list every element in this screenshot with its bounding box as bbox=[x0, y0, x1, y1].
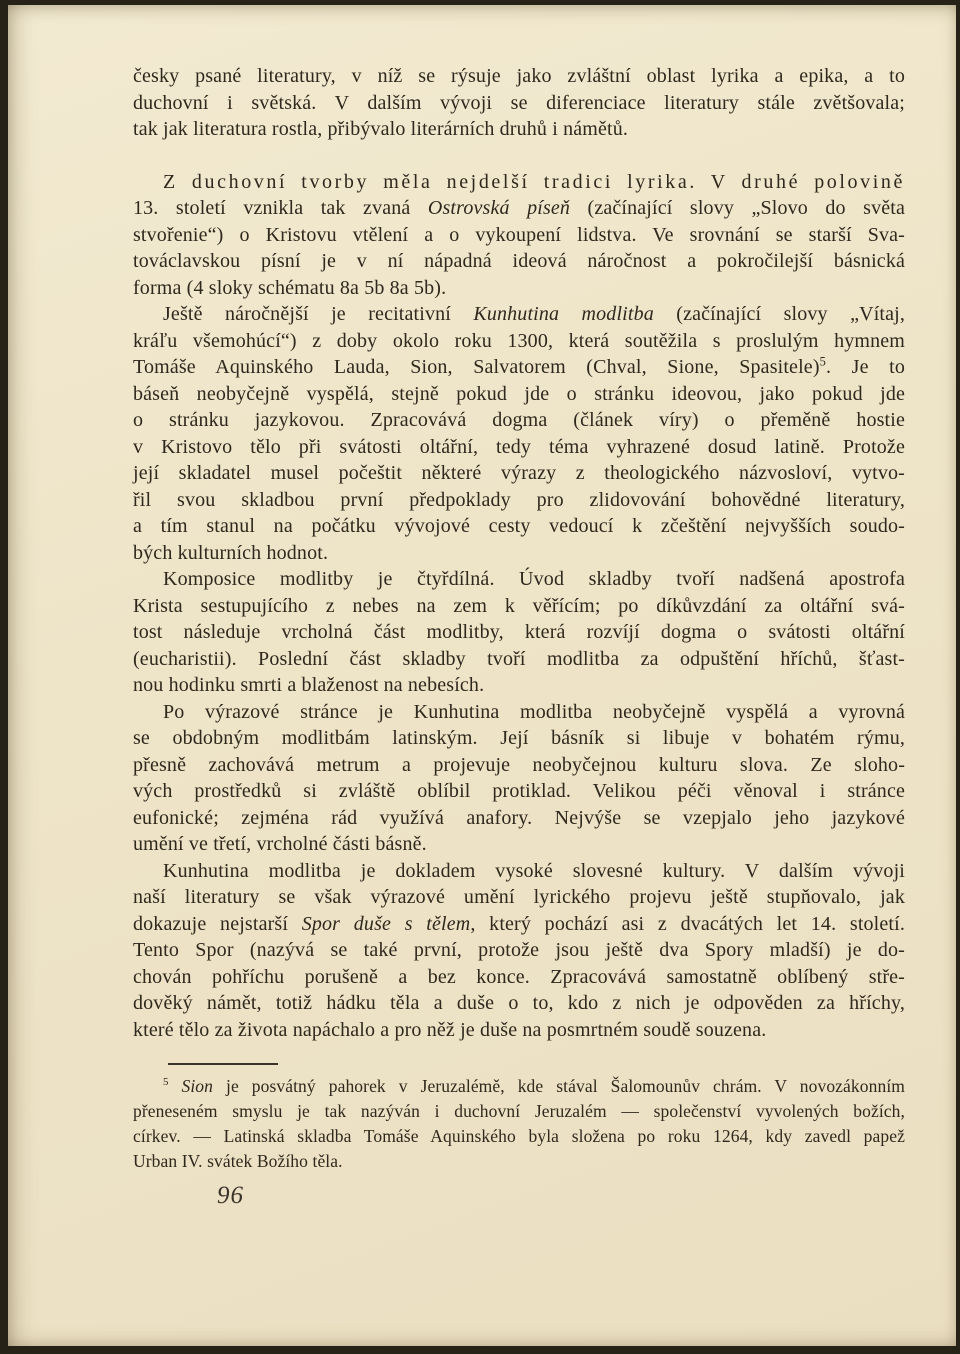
text-segment: chován pohříchu porušeně a bez konce. Zp… bbox=[133, 966, 905, 988]
text-segment: eufonické; zejména rád využívá anafory. … bbox=[133, 807, 905, 829]
text-segment: (začínající slovy „Slovo do světa bbox=[570, 197, 905, 219]
text-line: 13. století vznikla tak zvaná Ostrovská … bbox=[133, 195, 905, 222]
italic-text: Ostrovská píseň bbox=[428, 197, 570, 219]
text-segment: v Kristovo tělo při svátosti oltářní, te… bbox=[133, 436, 905, 458]
text-line: dokazuje nejstarší Spor duše s tělem, kt… bbox=[133, 911, 905, 938]
text-segment: přeneseném smyslu je tak nazýván i ducho… bbox=[133, 1101, 905, 1121]
text-segment: Tomáše Aquinského Lauda, Sion, Salvatore… bbox=[133, 356, 820, 378]
text-segment: které tělo za života napáchalo a pro něž… bbox=[133, 1019, 766, 1041]
text-line: eufonické; zejména rád využívá anafory. … bbox=[133, 805, 905, 832]
paragraph: Ještě náročnější je recitativní Kunhutin… bbox=[133, 301, 905, 566]
paragraph: Po výrazové stránce je Kunhutina modlitb… bbox=[133, 699, 905, 858]
text-segment: 13. století vznikla tak zvaná bbox=[133, 197, 428, 219]
text-line: Tomáše Aquinského Lauda, Sion, Salvatore… bbox=[133, 354, 905, 381]
italic-text: Spor duše s tělem bbox=[302, 913, 471, 935]
text-line: Komposice modlitby je čtyřdílná. Úvod sk… bbox=[133, 566, 905, 593]
text-line: báseň neobyčejně vyspělá, stejně pokud j… bbox=[133, 381, 905, 408]
text-line: duchovní i světská. V dalším vývoji se d… bbox=[133, 90, 905, 117]
text-segment: duchovní i světská. V dalším vývoji se d… bbox=[133, 92, 905, 114]
book-page: česky psané literatury, v níž se rýsuje … bbox=[0, 0, 960, 1354]
text-segment: nou hodinku smrti a blaženost na nebesíc… bbox=[133, 674, 484, 696]
footnote: 5 Sion je posvátný pahorek v Jeruzalémě,… bbox=[133, 1074, 905, 1174]
text-segment: báseň neobyčejně vyspělá, stejně pokud j… bbox=[133, 383, 905, 405]
text-line: o stránku jazykovou. Zpracovává dogma (č… bbox=[133, 407, 905, 434]
text-line: a tím stanul na počátku vývojové cesty v… bbox=[133, 513, 905, 540]
text-line: naší literatury se však výrazové umění l… bbox=[133, 884, 905, 911]
text-segment: kráľu všemohúcí“) z doby okolo roku 1300… bbox=[133, 330, 905, 352]
footnote-rule bbox=[168, 1063, 278, 1065]
text-segment: církev. — Latinská skladba Tomáše Aquins… bbox=[133, 1126, 905, 1146]
text-segment: tak jak literatura rostla, přibývalo lit… bbox=[133, 118, 628, 140]
text-segment: vých prostředků si zvláště oblíbil proti… bbox=[133, 780, 905, 802]
text-column: česky psané literatury, v níž se rýsuje … bbox=[133, 63, 905, 1210]
text-line: dověký námět, totiž hádku těla a duše o … bbox=[133, 990, 905, 1017]
page-number: 96 bbox=[217, 1182, 905, 1210]
text-segment: forma (4 sloky schématu 8a 5b 8a 5b). bbox=[133, 277, 446, 299]
text-line: (eucharistii). Poslední část skladby tvo… bbox=[133, 646, 905, 673]
text-line: nou hodinku smrti a blaženost na nebesíc… bbox=[133, 672, 905, 699]
text-segment: její skladatel musel počeštit některé vý… bbox=[133, 462, 905, 484]
text-segment: tost následuje vrcholná část modlitby, k… bbox=[133, 621, 905, 643]
text-segment: Komposice modlitby je čtyřdílná. Úvod sk… bbox=[163, 568, 905, 590]
text-segment: česky psané literatury, v níž se rýsuje … bbox=[133, 65, 905, 87]
text-segment: řil svou skladbou první předpoklady pro … bbox=[133, 489, 905, 511]
text-line: bých kulturních hodnot. bbox=[133, 540, 905, 567]
text-segment: Po výrazové stránce je Kunhutina modlitb… bbox=[163, 701, 905, 723]
text-line: její skladatel musel počeštit některé vý… bbox=[133, 460, 905, 487]
text-line: Kunhutina modlitba je dokladem vysoké sl… bbox=[133, 858, 905, 885]
text-line: vých prostředků si zvláště oblíbil proti… bbox=[133, 778, 905, 805]
text-line: umění ve třetí, vrcholné části básně. bbox=[133, 831, 905, 858]
text-line: forma (4 sloky schématu 8a 5b 8a 5b). bbox=[133, 275, 905, 302]
text-segment: a tím stanul na počátku vývojové cesty v… bbox=[133, 515, 905, 537]
text-line: církev. — Latinská skladba Tomáše Aquins… bbox=[133, 1124, 905, 1149]
text-line: Po výrazové stránce je Kunhutina modlitb… bbox=[133, 699, 905, 726]
paragraph: Komposice modlitby je čtyřdílná. Úvod sk… bbox=[133, 566, 905, 699]
text-line: řil svou skladbou první předpoklady pro … bbox=[133, 487, 905, 514]
text-segment: Kunhutina modlitba je dokladem vysoké sl… bbox=[163, 860, 905, 882]
text-segment: Krista sestupujícího z nebes na zem k vě… bbox=[133, 595, 905, 617]
text-segment: Ještě náročnější je recitativní bbox=[163, 303, 473, 325]
text-segment: Urban IV. svátek Božího těla. bbox=[133, 1151, 343, 1171]
text-segment: V druhé polovině bbox=[697, 171, 905, 193]
text-segment: přesně zachovává metrum a projevuje neob… bbox=[133, 754, 905, 776]
text-line: Tento Spor (nazývá se také první, protož… bbox=[133, 937, 905, 964]
text-line: Urban IV. svátek Božího těla. bbox=[133, 1149, 905, 1174]
italic-text: Kunhutina modlitba bbox=[473, 303, 654, 325]
text-segment: dověký námět, totiž hádku těla a duše o … bbox=[133, 992, 905, 1014]
footnote-marker: 5 bbox=[163, 1076, 169, 1088]
text-segment: dokazuje nejstarší bbox=[133, 913, 302, 935]
text-line: továclavskou písní je v ní nápadná ideov… bbox=[133, 248, 905, 275]
text-segment bbox=[169, 1076, 182, 1096]
text-segment: Z duchovní tvorby měla nejdelší tradici … bbox=[163, 171, 697, 193]
text-segment: naší literatury se však výrazové umění l… bbox=[133, 886, 905, 908]
text-segment: o stránku jazykovou. Zpracovává dogma (č… bbox=[133, 409, 905, 431]
text-segment: . Je to bbox=[826, 356, 905, 378]
text-line: chován pohříchu porušeně a bez konce. Zp… bbox=[133, 964, 905, 991]
text-line: se obdobným modlitbám latinským. Její bá… bbox=[133, 725, 905, 752]
paragraph: česky psané literatury, v níž se rýsuje … bbox=[133, 63, 905, 143]
text-line: stvořenie“) o Kristovu vtělení a o vykou… bbox=[133, 222, 905, 249]
text-segment: (eucharistii). Poslední část skladby tvo… bbox=[133, 648, 905, 670]
text-segment: umění ve třetí, vrcholné části básně. bbox=[133, 833, 427, 855]
text-line: kráľu všemohúcí“) z doby okolo roku 1300… bbox=[133, 328, 905, 355]
text-line: přeneseném smyslu je tak nazýván i ducho… bbox=[133, 1099, 905, 1124]
text-segment: (začínající slovy „Vítaj, bbox=[654, 303, 905, 325]
text-segment: se obdobným modlitbám latinským. Její bá… bbox=[133, 727, 905, 749]
text-segment: stvořenie“) o Kristovu vtělení a o vykou… bbox=[133, 224, 905, 246]
text-line: tak jak literatura rostla, přibývalo lit… bbox=[133, 116, 905, 143]
text-line: Ještě náročnější je recitativní Kunhutin… bbox=[133, 301, 905, 328]
text-line: tost následuje vrcholná část modlitby, k… bbox=[133, 619, 905, 646]
text-line: které tělo za života napáchalo a pro něž… bbox=[133, 1017, 905, 1044]
text-line: Z duchovní tvorby měla nejdelší tradici … bbox=[133, 169, 905, 196]
text-line: v Kristovo tělo při svátosti oltářní, te… bbox=[133, 434, 905, 461]
text-line: Krista sestupujícího z nebes na zem k vě… bbox=[133, 593, 905, 620]
text-segment: , který pochází asi z dvacátých let 14. … bbox=[470, 913, 905, 935]
paragraph: Kunhutina modlitba je dokladem vysoké sl… bbox=[133, 858, 905, 1044]
text-line: přesně zachovává metrum a projevuje neob… bbox=[133, 752, 905, 779]
paragraph: Z duchovní tvorby měla nejdelší tradici … bbox=[133, 169, 905, 302]
text-segment: je posvátný pahorek v Jeruzalémě, kde st… bbox=[213, 1076, 905, 1096]
text-segment: bých kulturních hodnot. bbox=[133, 542, 328, 564]
text-line: česky psané literatury, v níž se rýsuje … bbox=[133, 63, 905, 90]
text-segment: Tento Spor (nazývá se také první, protož… bbox=[133, 939, 905, 961]
italic-text: Sion bbox=[182, 1076, 214, 1096]
body-text: česky psané literatury, v níž se rýsuje … bbox=[133, 63, 905, 1043]
text-segment: továclavskou písní je v ní nápadná ideov… bbox=[133, 250, 905, 272]
text-line: 5 Sion je posvátný pahorek v Jeruzalémě,… bbox=[133, 1074, 905, 1099]
